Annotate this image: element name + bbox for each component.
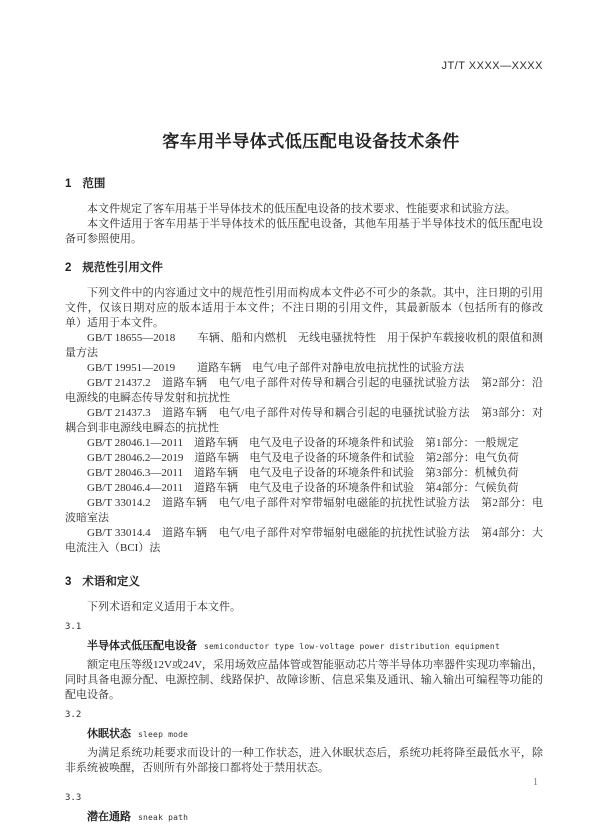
term-entry-3-2: 3.2 休眠状态sleep mode 为满足系统功耗要求而设计的一种工作状态，进… (65, 709, 543, 776)
term-name-zh: 半导体式低压配电设备 (87, 640, 197, 652)
section-2-heading: 2规范性引用文件 (65, 260, 543, 276)
reference-item: GB/T 33014.2 道路车辆 电气/电子部件对窄带辐射电磁能的抗扰性试验方… (65, 496, 543, 526)
section-1-number: 1 (65, 178, 71, 190)
term-number: 3.1 (65, 621, 543, 634)
scope-paragraph: 本文件适用于客车用基于半导体技术的低压配电设备，其他车用基于半导体技术的低压配电… (65, 217, 543, 247)
term-definition: 为满足系统功耗要求而设计的一种工作状态，进入休眠状态后，系统功耗将降至最低水平，… (65, 746, 543, 776)
term-name-line: 半导体式低压配电设备semiconductor type low-voltage… (65, 639, 543, 654)
term-number: 3.3 (65, 792, 543, 805)
section-3-number: 3 (65, 576, 71, 588)
standard-code: JT/T XXXX—XXXX (441, 60, 543, 72)
term-entry-3-1: 3.1 半导体式低压配电设备semiconductor type low-vol… (65, 621, 543, 703)
term-entry-3-3: 3.3 潜在通路sneak path (65, 792, 543, 825)
term-name-en: semiconductor type low-voltage power dis… (204, 642, 500, 651)
section-3-heading: 3术语和定义 (65, 574, 543, 590)
term-definition: 额定电压等级12V或24V，采用场效应晶体管或智能驱动芯片等半导体功率器件实现功… (65, 658, 543, 703)
term-name-en: sneak path (138, 813, 188, 822)
term-name-line: 休眠状态sleep mode (65, 727, 543, 742)
document-body: 1范围 本文件规定了客车用基于半导体技术的低压配电设备的技术要求、性能要求和试验… (65, 176, 543, 825)
reference-item: GB/T 28046.3—2011 道路车辆 电气及电子设备的环境条件和试验 第… (65, 466, 543, 481)
term-name-zh: 潜在通路 (87, 811, 131, 823)
section-1-heading: 1范围 (65, 176, 543, 192)
page-number: 1 (533, 777, 538, 788)
terms-intro: 下列术语和定义适用于本文件。 (65, 600, 543, 615)
document-title: 客车用半导体式低压配电设备技术条件 (0, 127, 600, 152)
references-intro: 下列文件中的内容通过文中的规范性引用而构成本文件必不可少的条款。其中，注日期的引… (65, 286, 543, 331)
reference-item: GB/T 28046.1—2011 道路车辆 电气及电子设备的环境条件和试验 第… (65, 436, 543, 451)
section-2-number: 2 (65, 262, 71, 274)
references-list: GB/T 18655—2018 车辆、船和内燃机 无线电骚扰特性 用于保护车载接… (65, 331, 543, 556)
term-name-line: 潜在通路sneak path (65, 810, 543, 825)
reference-item: GB/T 28046.2—2019 道路车辆 电气及电子设备的环境条件和试验 第… (65, 451, 543, 466)
section-1-title: 范围 (82, 178, 105, 190)
reference-item: GB/T 21437.3 道路车辆 电气/电子部件对传导和耦合引起的电骚扰试验方… (65, 406, 543, 436)
scope-paragraph: 本文件规定了客车用基于半导体技术的低压配电设备的技术要求、性能要求和试验方法。 (65, 202, 543, 217)
scanned-document-page: JT/T XXXX—XXXX 客车用半导体式低压配电设备技术条件 1范围 本文件… (0, 0, 600, 832)
reference-item: GB/T 18655—2018 车辆、船和内燃机 无线电骚扰特性 用于保护车载接… (65, 331, 543, 361)
reference-item: GB/T 33014.4 道路车辆 电气/电子部件对窄带辐射电磁能的抗扰性试验方… (65, 526, 543, 556)
term-name-zh: 休眠状态 (87, 728, 131, 740)
reference-item: GB/T 19951—2019 道路车辆 电气/电子部件对静电放电抗扰性的试验方… (65, 361, 543, 376)
term-number: 3.2 (65, 709, 543, 722)
section-3-title: 术语和定义 (82, 576, 140, 588)
reference-item: GB/T 21437.2 道路车辆 电气/电子部件对传导和耦合引起的电骚扰试验方… (65, 376, 543, 406)
section-2-title: 规范性引用文件 (82, 262, 163, 274)
term-name-en: sleep mode (138, 730, 188, 739)
reference-item: GB/T 28046.4—2011 道路车辆 电气及电子设备的环境条件和试验 第… (65, 481, 543, 496)
